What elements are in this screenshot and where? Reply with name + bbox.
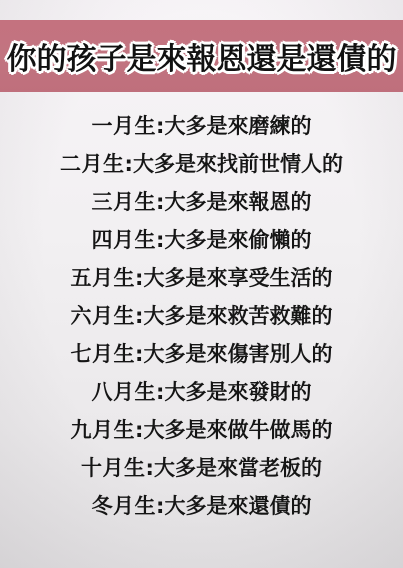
list-item-month-7: 七月生:大多是來傷害別人的 — [0, 335, 403, 373]
list-item-month-11: 冬月生:大多是來還債的 — [0, 487, 403, 525]
month-description: 大多是來報恩的 — [164, 190, 311, 214]
month-description: 大多是來磨練的 — [164, 114, 311, 138]
month-description: 大多是來傷害別人的 — [143, 342, 332, 366]
list-item-month-6: 六月生:大多是來救苦救難的 — [0, 297, 403, 335]
month-description: 大多是來享受生活的 — [143, 266, 332, 290]
month-description: 大多是來做牛做馬的 — [143, 418, 332, 442]
list-item-month-1: 一月生:大多是來磨練的 — [0, 107, 403, 145]
list-item-month-10: 十月生:大多是來當老板的 — [0, 449, 403, 487]
list-item-month-2: 二月生:大多是來找前世情人的 — [0, 145, 403, 183]
month-label: 五月生 — [71, 266, 136, 290]
month-label: 一月生 — [92, 114, 157, 138]
month-description: 大多是來當老板的 — [154, 456, 322, 480]
month-label: 三月生 — [92, 190, 157, 214]
month-label: 冬月生 — [92, 494, 157, 518]
month-label: 六月生 — [71, 304, 136, 328]
list-item-month-8: 八月生:大多是來發財的 — [0, 373, 403, 411]
month-label: 七月生 — [71, 342, 136, 366]
list-item-month-3: 三月生:大多是來報恩的 — [0, 183, 403, 221]
month-label: 十月生 — [81, 456, 146, 480]
month-description: 大多是來找前世情人的 — [133, 152, 343, 176]
month-description: 大多是來還債的 — [164, 494, 311, 518]
separator: : — [146, 456, 154, 480]
month-label: 四月生 — [92, 228, 157, 252]
month-label: 二月生 — [60, 152, 125, 176]
month-label: 九月生 — [71, 418, 136, 442]
month-list: 一月生:大多是來磨練的 二月生:大多是來找前世情人的 三月生:大多是來報恩的 四… — [0, 107, 403, 525]
month-label: 八月生 — [92, 380, 157, 404]
list-item-month-4: 四月生:大多是來偷懶的 — [0, 221, 403, 259]
month-description: 大多是來發財的 — [164, 380, 311, 404]
month-description: 大多是來救苦救難的 — [143, 304, 332, 328]
list-item-month-5: 五月生:大多是來享受生活的 — [0, 259, 403, 297]
title-banner: 你的孩子是來報恩還是還債的 — [0, 20, 403, 92]
page-title: 你的孩子是來報恩還是還債的 — [7, 34, 397, 78]
separator: : — [125, 152, 133, 176]
month-description: 大多是來偷懶的 — [164, 228, 311, 252]
list-item-month-9: 九月生:大多是來做牛做馬的 — [0, 411, 403, 449]
